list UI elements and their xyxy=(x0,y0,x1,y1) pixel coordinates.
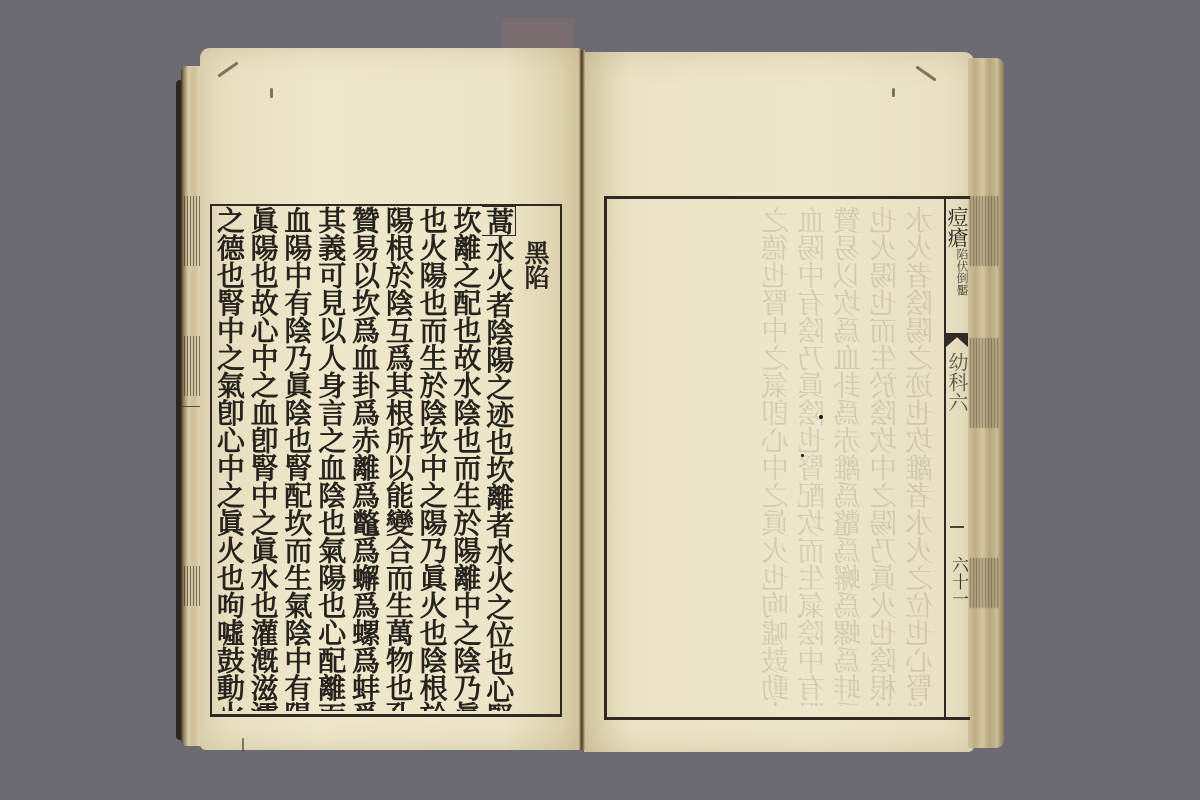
boxed-mark: 蒿 xyxy=(482,206,516,236)
banxin-page-number: 六十一 xyxy=(946,556,968,607)
text-column-6: 其義可見以人身言之血陰也氣陽也心配離而生 xyxy=(313,206,347,711)
wormhole xyxy=(242,738,244,752)
text-column-9: 之德也腎中之氣卽心中之眞火也呴噓鼓動火之 xyxy=(212,206,246,711)
wormhole xyxy=(892,88,895,97)
banxin-subtitle: 陷伏倒靨 xyxy=(954,248,968,296)
open-book: 黑陷 蒿水火者陰陽之迹也坎離者水火之位也心腎者 坎離之配也故水陰也而生於陽離中之… xyxy=(0,0,1200,800)
text-column-8: 眞陽也故心中之血卽腎中之眞水也灌漑滋濡水 xyxy=(246,206,280,711)
wormhole xyxy=(915,65,936,81)
text-column-4: 陽根於陰互爲其根所以能變合而生萬物也孔子 xyxy=(381,206,415,711)
banxin-title: 痘瘡 xyxy=(946,206,968,248)
book-gutter xyxy=(579,50,585,750)
show-through-text: 水火者陰陽之迹也坎離者水火之位也心腎者 也火陽也而生於陰坎中之陽乃眞火也陰根於陽… xyxy=(612,206,938,706)
left-page-text: 黑陷 蒿水火者陰陽之迹也坎離者水火之位也心腎者 坎離之配也故水陰也而生於陽離中之… xyxy=(212,206,552,711)
section-heading: 黑陷 xyxy=(516,206,552,711)
right-page-stack-edge xyxy=(968,58,1004,748)
edge-print-section xyxy=(970,338,1000,428)
text-column-7: 血陽中有陰乃眞陰也腎配坎而生氣陰中有陽乃 xyxy=(280,206,314,711)
text-column-5: 贊易以坎爲血卦爲赤離爲鼈爲蠏爲螺爲蚌爲龜 xyxy=(347,206,381,711)
text-column-2: 坎離之配也故水陰也而生於陽離中之陰乃眞水 xyxy=(449,206,483,711)
banxin-section: 幼科六 xyxy=(946,352,968,412)
ink-dot xyxy=(801,454,804,457)
text-column-3: 也火陽也而生於陰坎中之陽乃眞火也陰根於陽 xyxy=(415,206,449,711)
text-column-1: 蒿水火者陰陽之迹也坎離者水火之位也心腎者 xyxy=(482,206,516,711)
ink-dot xyxy=(819,415,823,419)
edge-print-page xyxy=(970,558,1000,608)
edge-print-title xyxy=(970,196,1000,266)
wormhole xyxy=(270,88,273,98)
banxin-tick xyxy=(950,526,964,528)
wormhole xyxy=(217,61,238,77)
